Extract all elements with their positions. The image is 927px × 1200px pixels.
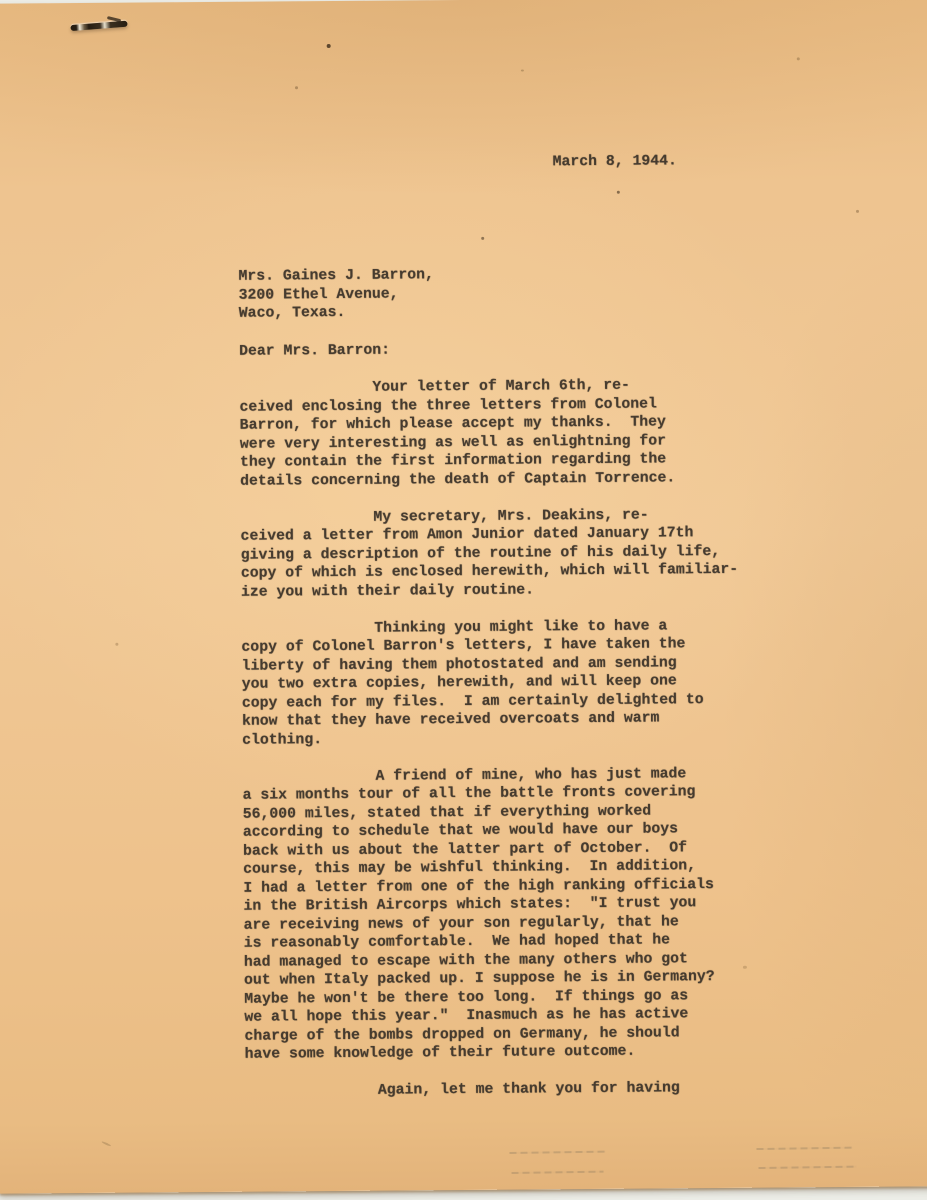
staple-icon	[70, 21, 127, 31]
letter-body: Your letter of March 6th, re-ceived encl…	[239, 376, 742, 1101]
salutation-line: Dear Mrs. Barron:	[239, 342, 390, 362]
recipient-address-block: Mrs. Gaines J. Barron,3200 Ethel Avenue,…	[238, 266, 434, 323]
paper-speck	[743, 966, 747, 969]
paragraph: Thinking you might like to have acopy of…	[241, 616, 739, 749]
paper-speck	[115, 643, 118, 646]
letter-line: ize you with their daily routine.	[241, 579, 738, 601]
letter-paper: March 8, 1944. Mrs. Gaines J. Barron,320…	[0, 0, 927, 1194]
letter-line: Again, let me thank you for having	[245, 1079, 742, 1101]
address-line: 3200 Ethel Avenue,	[239, 285, 434, 305]
paper-speck	[295, 86, 298, 89]
letter-line: a six months tour of all the battle fron…	[242, 783, 739, 805]
letter-date: March 8, 1944.	[553, 152, 677, 171]
letter-line: details concerning the death of Captain …	[240, 468, 737, 490]
paper-speck	[797, 57, 800, 60]
showthrough-mark	[512, 1171, 604, 1174]
paragraph: Again, let me thank you for having	[245, 1079, 742, 1101]
showthrough-mark	[758, 1166, 856, 1169]
letter-line: have some knowledge of their future outc…	[245, 1042, 742, 1064]
address-line: Mrs. Gaines J. Barron,	[238, 266, 433, 286]
showthrough-mark	[509, 1151, 605, 1154]
paper-speck	[481, 237, 484, 240]
letter-line: clothing.	[242, 727, 739, 749]
address-line: Waco, Texas.	[239, 303, 434, 323]
paper-fiber	[101, 1141, 111, 1147]
letter-line: copy each for my files. I am certainly d…	[242, 690, 739, 712]
paragraph: My secretary, Mrs. Deakins, re-ceived a …	[240, 505, 738, 601]
showthrough-mark	[756, 1147, 852, 1150]
paper-speck	[856, 210, 859, 213]
scanned-letter-page: March 8, 1944. Mrs. Gaines J. Barron,320…	[0, 0, 927, 1200]
paper-speck	[521, 70, 524, 72]
paper-speck	[617, 191, 620, 194]
paper-speck	[327, 44, 331, 48]
paragraph: Your letter of March 6th, re-ceived encl…	[239, 376, 737, 491]
letter-line: charge of the bombs dropped on Germany, …	[244, 1023, 741, 1045]
paragraph: A friend of mine, who has just madea six…	[242, 764, 742, 1064]
letter-line: copy of which is enclosed herewith, whic…	[241, 561, 738, 583]
